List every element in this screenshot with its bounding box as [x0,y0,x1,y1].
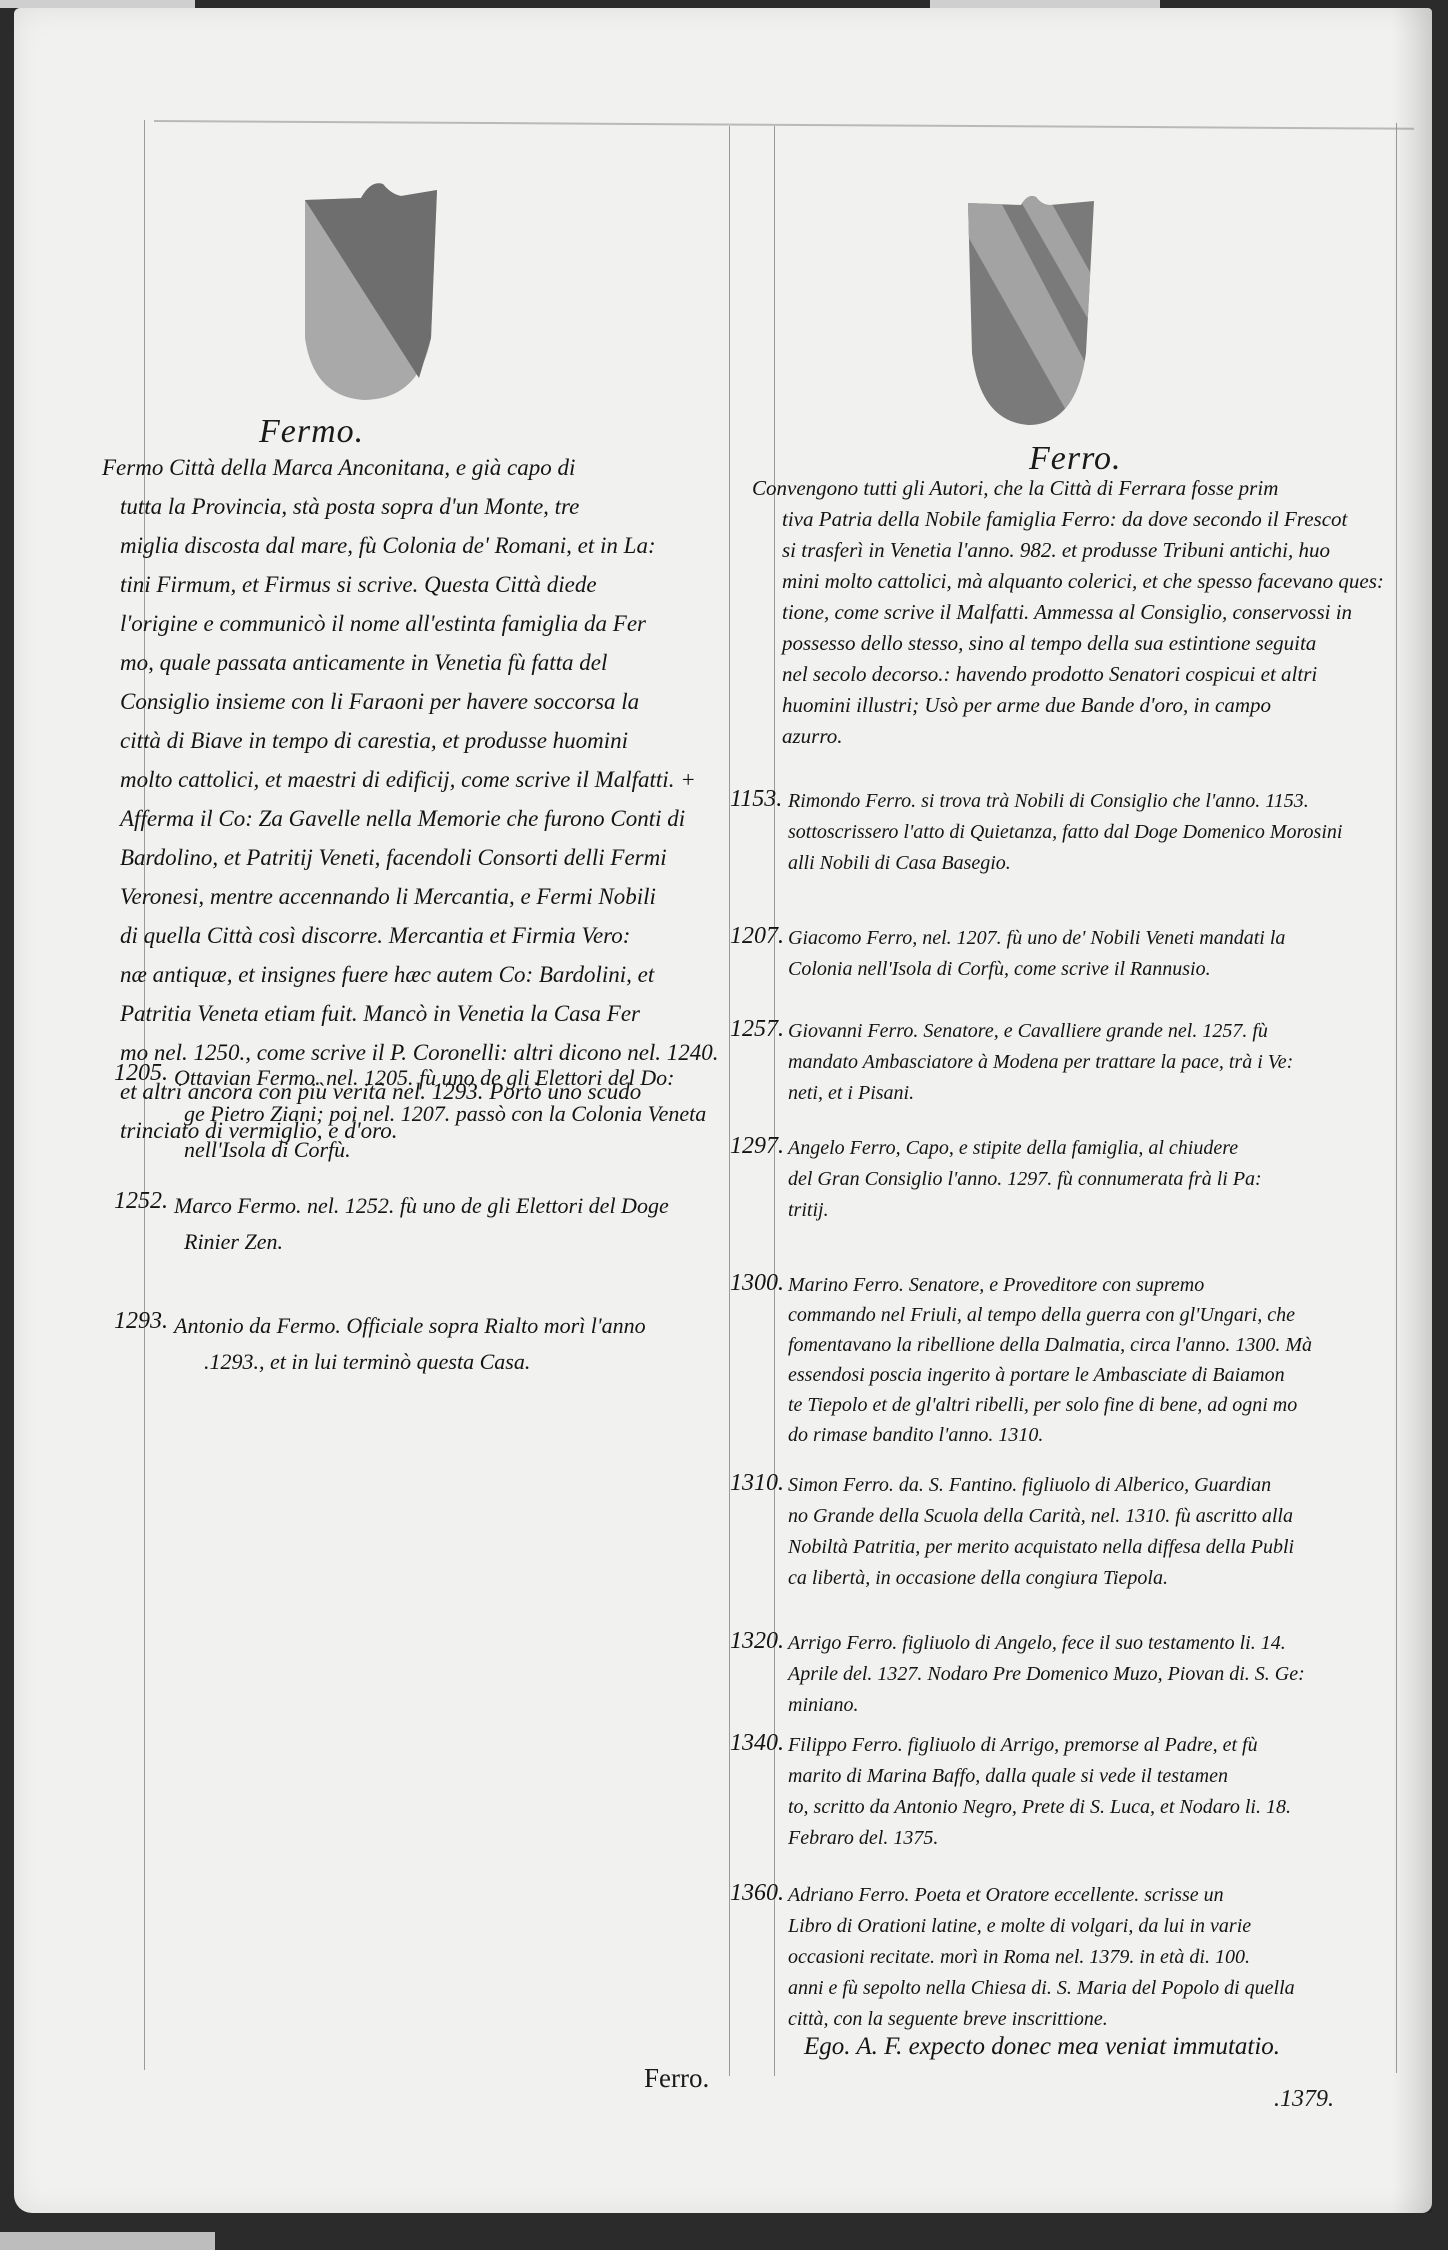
text-line: Veronesi, mentre accennando li Mercantia… [120,877,719,916]
text-line: tutta la Provincia, stà posta sopra d'un… [120,487,719,526]
text-line: Adriano Ferro. Poeta et Oratore eccellen… [788,1880,1295,1911]
text-line: Marino Ferro. Senatore, e Proveditore co… [788,1270,1312,1300]
entry-body: Rimondo Ferro. si trova trà Nobili di Co… [788,786,1342,879]
ferro-shield-icon [966,193,1096,428]
text-line: di quella Città così discorre. Mercantia… [120,916,719,955]
text-line: .1293., et in lui terminò questa Casa. [204,1344,646,1380]
text-line: città di Biave in tempo di carestia, et … [120,721,719,760]
text-line: Colonia nell'Isola di Corfù, come scrive… [788,954,1285,985]
manuscript-page: Fermo. Fermo Città della Marca Anconitan… [14,8,1432,2213]
text-line: mini molto cattolici, mà alquanto coleri… [782,566,1384,597]
text-line: Simon Ferro. da. S. Fantino. figliuolo d… [788,1470,1294,1501]
text-line: do rimase bandito l'anno. 1310. [788,1420,1312,1450]
text-line: Bardolino, et Patritij Veneti, facendoli… [120,838,719,877]
entry-year: 1300. [730,1270,784,1297]
text-line: alli Nobili di Casa Basegio. [788,848,1342,879]
text-line: nel secolo decorso.: havendo prodotto Se… [782,659,1384,690]
text-line: næ antiquæ, et insignes fuere hæc autem … [120,955,719,994]
text-line: mo, quale passata anticamente in Venetia… [120,643,719,682]
text-line: del Gran Consiglio l'anno. 1297. fù conn… [788,1164,1262,1195]
entry-body: Adriano Ferro. Poeta et Oratore eccellen… [788,1880,1295,2035]
text-line: Rimondo Ferro. si trova trà Nobili di Co… [788,786,1342,817]
text-line: mandato Ambasciatore à Modena per tratta… [788,1047,1293,1078]
text-line: ca libertà, in occasione della congiura … [788,1563,1294,1594]
text-line: Antonio da Fermo. Officiale sopra Rialto… [174,1308,646,1344]
ruled-line-top [154,120,1414,130]
text-line: Convengono tutti gli Autori, che la Citt… [752,473,1384,504]
text-line: Aprile del. 1327. Nodaro Pre Domenico Mu… [788,1659,1305,1690]
text-line: si trasferì in Venetia l'anno. 982. et p… [782,535,1384,566]
text-line: tritij. [788,1195,1262,1226]
entry-body: Giacomo Ferro, nel. 1207. fù uno de' Nob… [788,923,1285,985]
text-line: Angelo Ferro, Capo, e stipite della fami… [788,1133,1262,1164]
text-line: Giacomo Ferro, nel. 1207. fù uno de' Nob… [788,923,1285,954]
text-line: possesso dello stesso, sino al tempo del… [782,628,1384,659]
text-line: Arrigo Ferro. figliuolo di Angelo, fece … [788,1628,1305,1659]
text-line: occasioni recitate. morì in Roma nel. 13… [788,1942,1295,1973]
text-line: Febraro del. 1375. [788,1823,1291,1854]
fermo-introduction: Fermo Città della Marca Anconitana, e gi… [102,448,719,1150]
text-line: sottoscrissero l'atto di Quietanza, fatt… [788,817,1342,848]
text-line: Libro di Orationi latine, e molte di vol… [788,1911,1295,1942]
epitaph-inscription: Ego. A. F. expecto donec mea veniat immu… [804,2033,1280,2061]
scan-edge-tab [0,0,195,8]
ruled-margin-right [1396,123,1397,2073]
entry-body: Antonio da Fermo. Officiale sopra Rialto… [174,1308,646,1380]
text-line: Giovanni Ferro. Senatore, e Cavalliere g… [788,1016,1293,1047]
entry-body: Ottavian Fermo. nel. 1205. fù uno de gli… [174,1060,706,1168]
text-line: tini Firmum, et Firmus si scrive. Questa… [120,565,719,604]
text-line: Patritia Veneta etiam fuit. Mancò in Ven… [120,994,719,1033]
text-line: miniano. [788,1690,1305,1721]
text-line: essendosi poscia ingerito à portare le A… [788,1360,1312,1390]
entry-year: 1293. [114,1308,168,1335]
catchword: Ferro. [644,2063,709,2094]
text-line: azurro. [782,721,1384,752]
entry-body: Arrigo Ferro. figliuolo di Angelo, fece … [788,1628,1305,1721]
text-line: marito di Marina Baffo, dalla quale si v… [788,1761,1291,1792]
text-line: huomini illustri; Usò per arme due Bande… [782,690,1384,721]
fermo-shield-icon [301,178,441,403]
entry-body: Marco Fermo. nel. 1252. fù uno de gli El… [174,1188,669,1260]
entry-body: Marino Ferro. Senatore, e Proveditore co… [788,1270,1312,1450]
text-line: Ottavian Fermo. nel. 1205. fù uno de gli… [174,1060,706,1096]
entry-body: Simon Ferro. da. S. Fantino. figliuolo d… [788,1470,1294,1594]
text-line: to, scritto da Antonio Negro, Prete di S… [788,1792,1291,1823]
text-line: l'origine e communicò il nome all'estint… [120,604,719,643]
fermo-caption: Fermo. [259,413,364,451]
entry-year: 1360. [730,1880,784,1907]
text-line: fomentavano la ribellione della Dalmatia… [788,1330,1312,1360]
text-line: molto cattolici, et maestri di edificij,… [120,760,719,799]
entry-body: Filippo Ferro. figliuolo di Arrigo, prem… [788,1730,1291,1854]
text-line: Marco Fermo. nel. 1252. fù uno de gli El… [174,1188,669,1224]
text-line: città, con la seguente breve inscrittion… [788,2004,1295,2035]
entry-year: 1340. [730,1730,784,1757]
entry-body: Giovanni Ferro. Senatore, e Cavalliere g… [788,1016,1293,1109]
text-line: tiva Patria della Nobile famiglia Ferro:… [782,504,1384,535]
text-line: Filippo Ferro. figliuolo di Arrigo, prem… [788,1730,1291,1761]
ferro-introduction: Convengono tutti gli Autori, che la Citt… [752,473,1384,752]
text-line: Nobiltà Patritia, per merito acquistato … [788,1532,1294,1563]
entry-year: 1297. [730,1133,784,1160]
text-line: no Grande della Scuola della Carità, nel… [788,1501,1294,1532]
text-line: miglia discosta dal mare, fù Colonia de'… [120,526,719,565]
entry-year: 1257. [730,1016,784,1043]
text-line: ge Pietro Ziani; poi nel. 1207. passò co… [184,1096,706,1132]
text-line: tione, come scrive il Malfatti. Ammessa … [782,597,1384,628]
entry-year: 1205. [114,1060,168,1087]
closing-date: .1379. [1274,2086,1334,2113]
entry-year: 1320. [730,1628,784,1655]
entry-body: Angelo Ferro, Capo, e stipite della fami… [788,1133,1262,1226]
entry-year: 1207. [730,923,784,950]
entry-year: 1310. [730,1470,784,1497]
column-divider [729,126,730,2076]
text-line: anni e fù sepolto nella Chiesa di. S. Ma… [788,1973,1295,2004]
text-line: nell'Isola di Corfù. [184,1132,706,1168]
text-line: Consiglio insieme con li Faraoni per hav… [120,682,719,721]
text-line: commando nel Friuli, al tempo della guer… [788,1300,1312,1330]
text-line: te Tiepolo et de gl'altri ribelli, per s… [788,1390,1312,1420]
text-line: Fermo Città della Marca Anconitana, e gi… [102,448,719,487]
text-line: Rinier Zen. [184,1224,669,1260]
column-divider [774,126,775,2076]
scan-edge-tab [0,2232,215,2250]
entry-year: 1153. [730,786,782,813]
text-line: neti, et i Pisani. [788,1078,1293,1109]
text-line: Afferma il Co: Za Gavelle nella Memorie … [120,799,719,838]
entry-year: 1252. [114,1188,168,1215]
